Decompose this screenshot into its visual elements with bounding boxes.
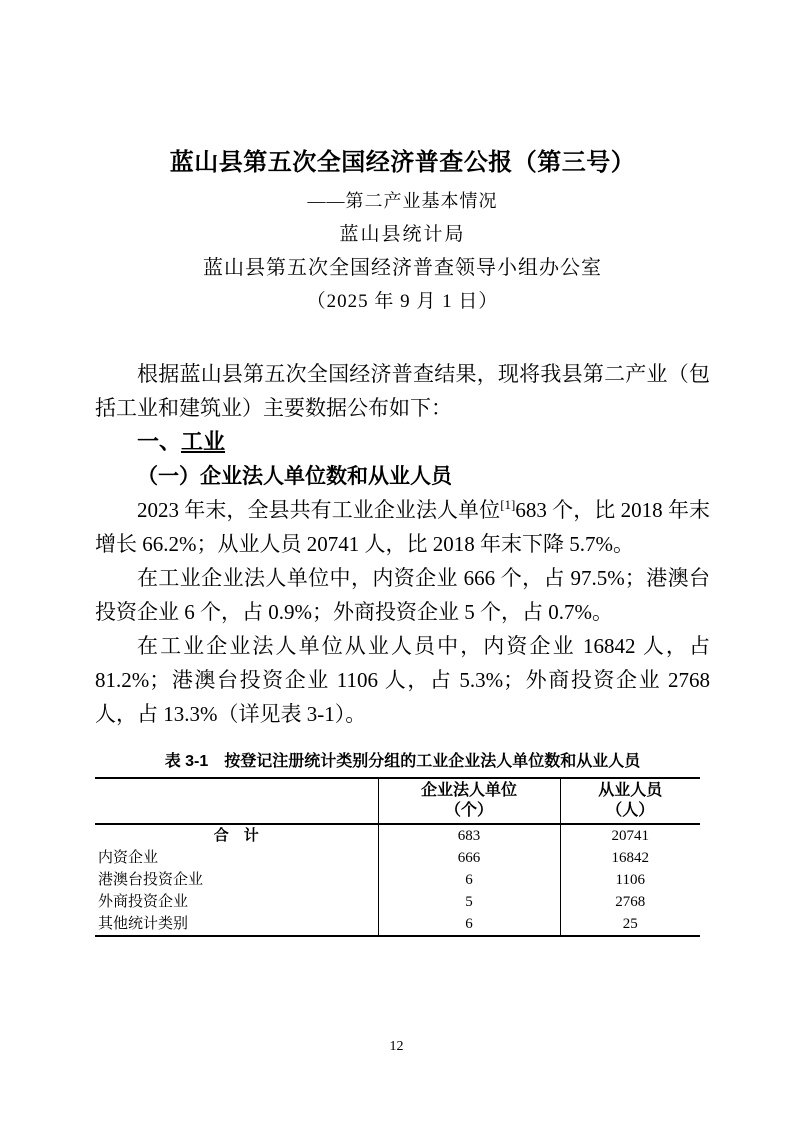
row-hmt-units: 6 [378, 869, 560, 891]
document-page: 蓝山县第五次全国经济普查公报（第三号） ——第二产业基本情况 蓝山县统计局 蓝山… [0, 0, 793, 1122]
table-row-other-category: 其他统计类别 6 25 [95, 913, 700, 936]
row-label-foreign-invested: 外商投资企业 [95, 891, 378, 913]
row-label-hmt-invested: 港澳台投资企业 [95, 869, 378, 891]
table-header-row: 企业法人单位 （个） 从业人员 （人） [95, 778, 700, 824]
header-employees-unit: （人） [561, 801, 701, 821]
row-foreign-persons: 2768 [560, 891, 700, 913]
publish-date: （2025 年 9 月 1 日） [95, 287, 710, 317]
row-label-domestic: 内资企业 [95, 847, 378, 869]
row-other-persons: 25 [560, 913, 700, 936]
header-legal-units-unit: （个） [379, 801, 560, 821]
row-label-total: 合 计 [95, 824, 378, 847]
table-row-hmt-invested: 港澳台投资企业 6 1106 [95, 869, 700, 891]
row-domestic-units: 666 [378, 847, 560, 869]
issuing-org-statistics-bureau: 蓝山县统计局 [95, 220, 710, 250]
document-title: 蓝山县第五次全国经济普查公报（第三号） [95, 0, 710, 178]
table-row-domestic: 内资企业 666 16842 [95, 847, 700, 869]
row-label-other-category: 其他统计类别 [95, 913, 378, 936]
row-foreign-units: 5 [378, 891, 560, 913]
document-content: 蓝山县第五次全国经济普查公报（第三号） ——第二产业基本情况 蓝山县统计局 蓝山… [95, 0, 710, 937]
section-heading-prefix: 一、 [137, 429, 181, 454]
row-total-persons: 20741 [560, 824, 700, 847]
row-total-units: 683 [378, 824, 560, 847]
page-number: 12 [0, 1038, 793, 1056]
section-heading-text: 工业 [181, 429, 225, 454]
header-cell-category [95, 778, 378, 824]
paragraph-units-text-before: 2023 年末，全县共有工业企业法人单位 [137, 498, 500, 522]
table-row-total: 合 计 683 20741 [95, 824, 700, 847]
row-domestic-persons: 16842 [560, 847, 700, 869]
table-3-1-title: 表 3-1 按登记注册统计类别分组的工业企业法人单位数和从业人员 [95, 751, 710, 773]
issuing-org-census-leading-group-office: 蓝山县第五次全国经济普查领导小组办公室 [95, 252, 710, 284]
section-heading-industry: 一、工业 [95, 425, 710, 459]
subsection-heading-legal-units: （一）企业法人单位数和从业人员 [95, 459, 710, 493]
footnote-ref-1: [1] [500, 497, 515, 512]
table-row-foreign-invested: 外商投资企业 5 2768 [95, 891, 700, 913]
header-legal-units-label: 企业法人单位 [379, 781, 560, 801]
document-subtitle: ——第二产业基本情况 [95, 186, 710, 216]
row-other-units: 6 [378, 913, 560, 936]
row-hmt-persons: 1106 [560, 869, 700, 891]
table-3-1: 企业法人单位 （个） 从业人员 （人） 合 计 683 20741 内资企业 [95, 777, 700, 937]
intro-paragraph: 根据蓝山县第五次全国经济普查结果，现将我县第二产业（包括工业和建筑业）主要数据公… [95, 357, 710, 425]
header-cell-legal-units: 企业法人单位 （个） [378, 778, 560, 824]
paragraph-units-overview: 2023 年末，全县共有工业企业法人单位[1]683 个，比 2018 年末增长… [95, 493, 710, 561]
paragraph-units-by-type: 在工业企业法人单位中，内资企业 666 个，占 97.5%；港澳台投资企业 6 … [95, 561, 710, 629]
header-cell-employees: 从业人员 （人） [560, 778, 700, 824]
paragraph-employees-by-type: 在工业企业法人单位从业人员中，内资企业 16842 人，占 81.2%；港澳台投… [95, 629, 710, 731]
header-employees-label: 从业人员 [561, 781, 701, 801]
